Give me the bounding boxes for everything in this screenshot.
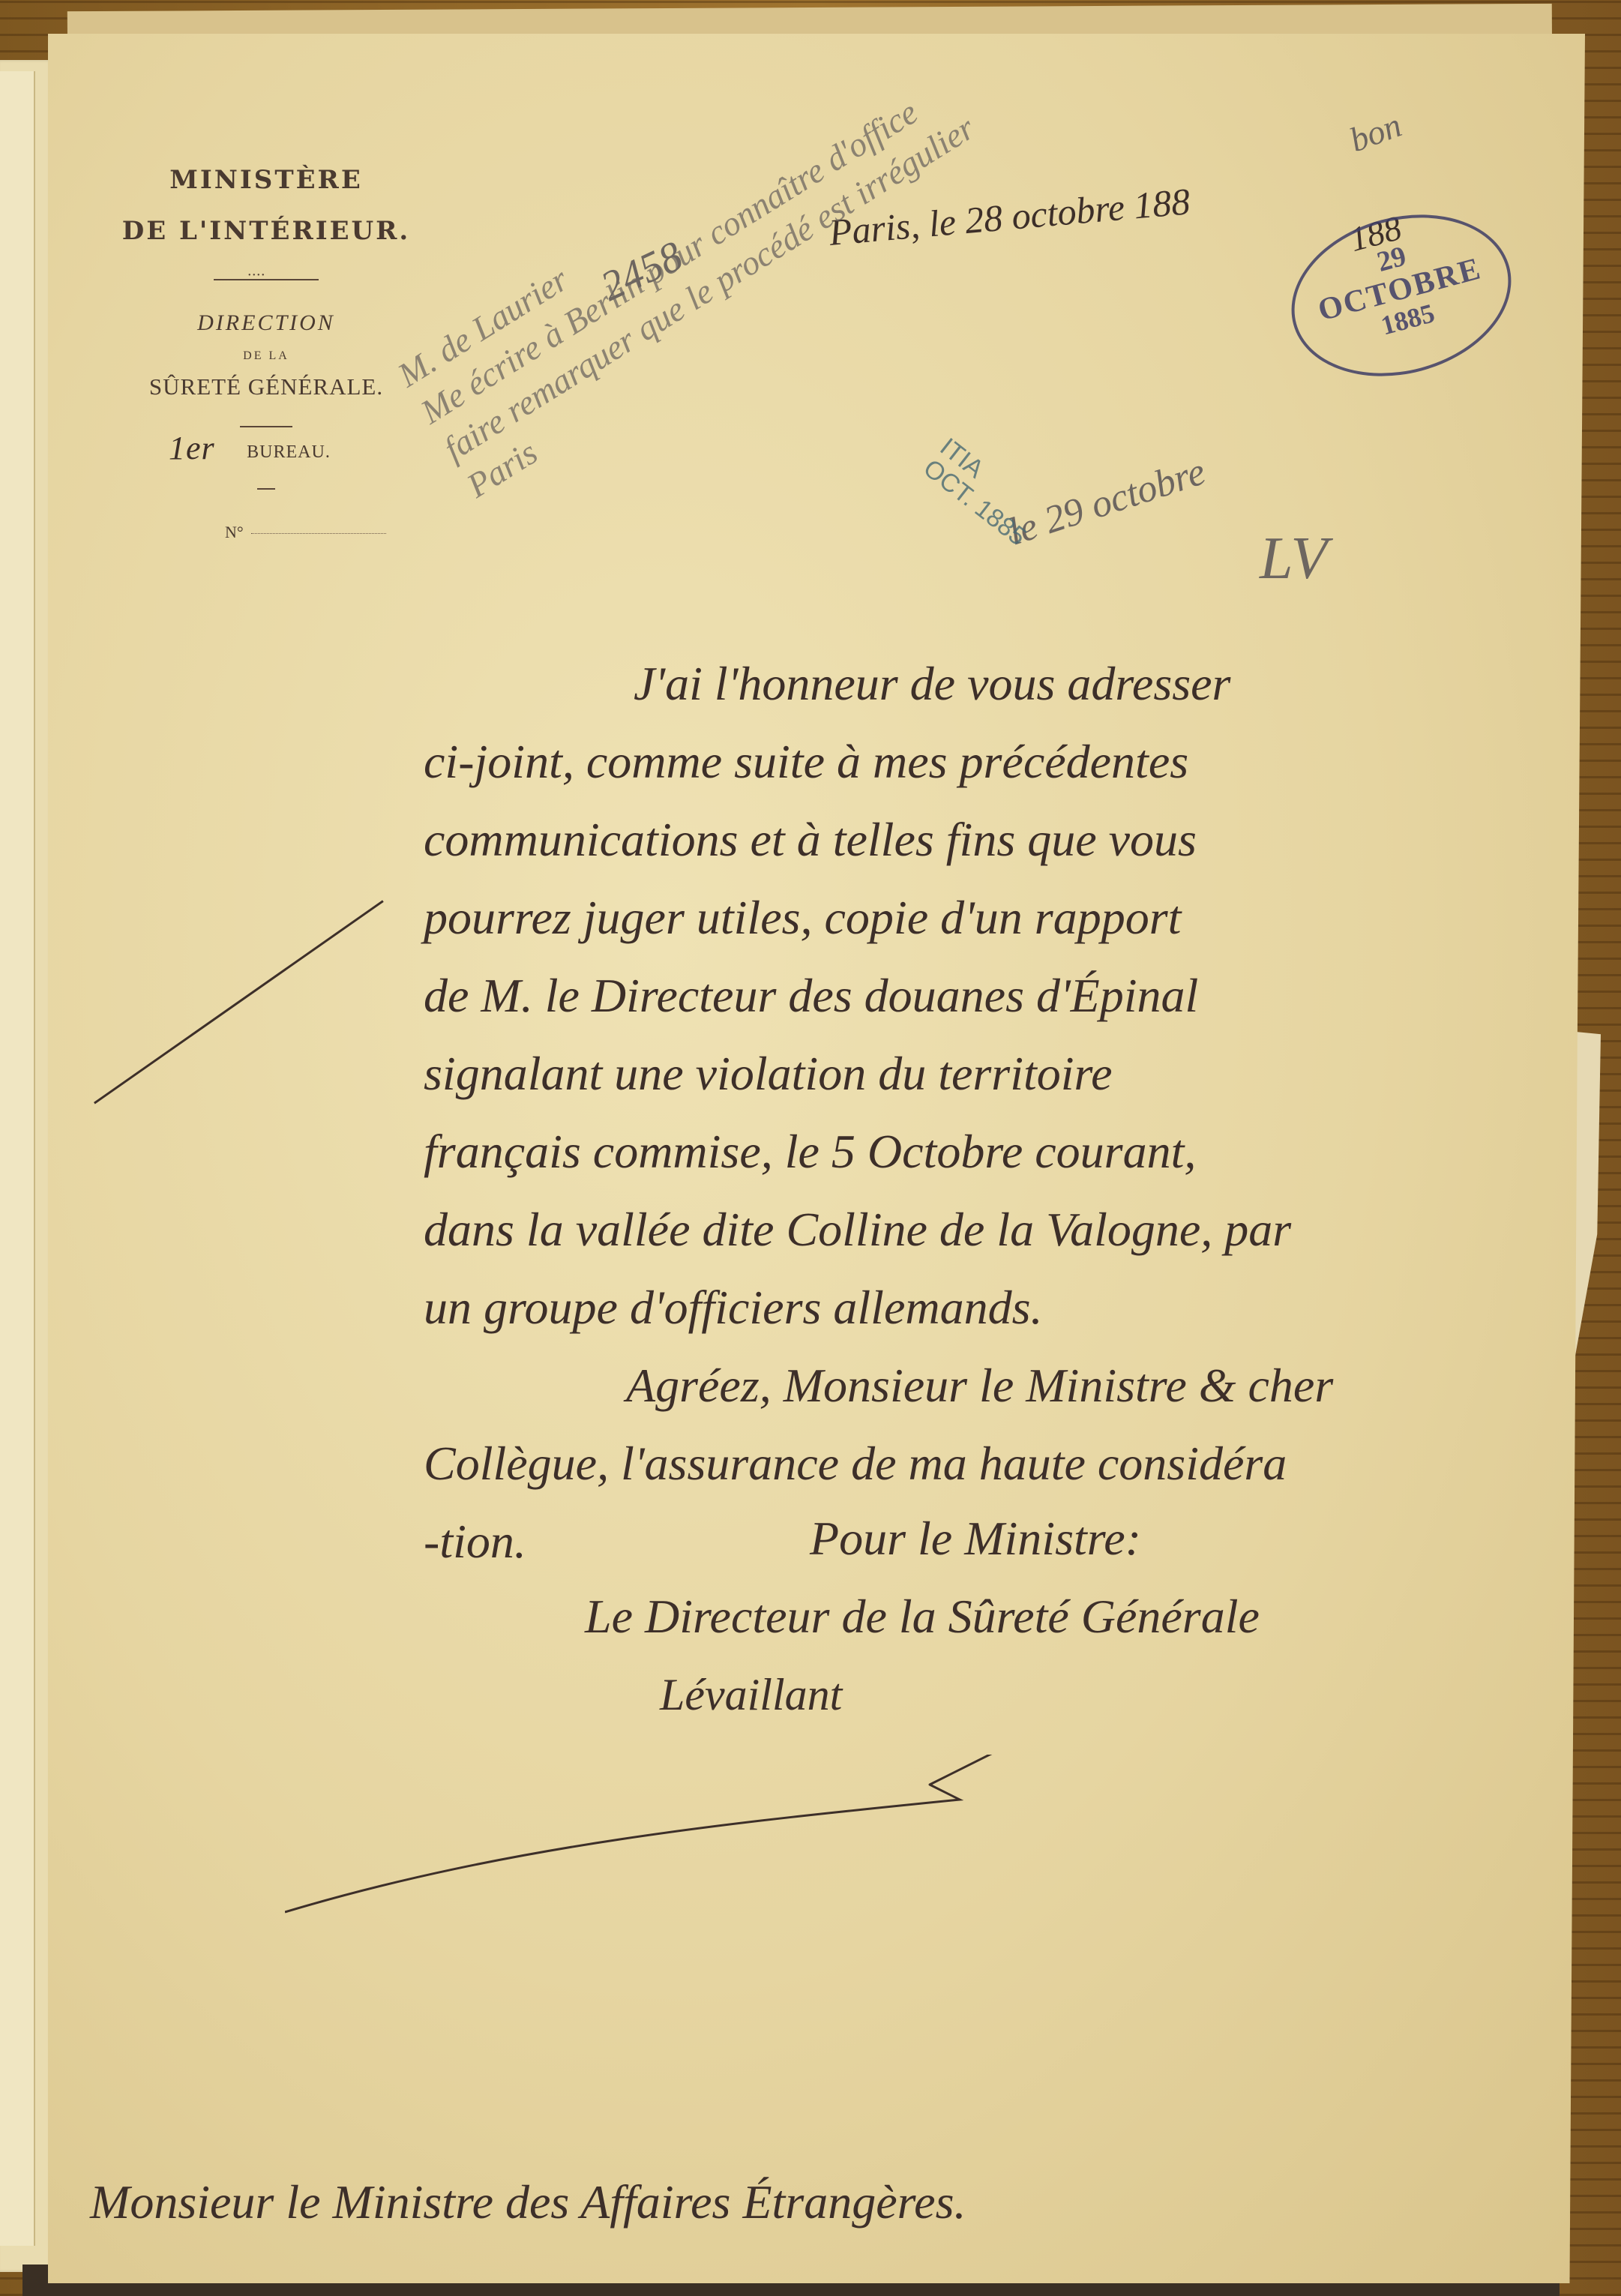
closing-line: Collègue, l'assurance de ma haute consid… (424, 1425, 1563, 1503)
letterhead-interieur: DE L'INTÉRIEUR. (90, 216, 442, 246)
letterhead-ministere: MINISTÈRE (90, 165, 442, 195)
signature-flourish (285, 1755, 1110, 1920)
body-line: ci-joint, comme suite à mes précédentes (424, 723, 1563, 801)
letterhead-direction: DIRECTION (90, 310, 442, 336)
body-line: français commise, le 5 Octobre courant, (424, 1113, 1563, 1191)
letterhead-de-la: DE LA (90, 349, 442, 363)
bureau-row: 1er BUREAU. (90, 442, 442, 463)
letterhead: MINISTÈRE DE L'INTÉRIEUR. DIRECTION DE L… (90, 165, 442, 542)
body-line: dans la vallée dite Colline de la Valogn… (424, 1191, 1563, 1269)
bureau-number: 1er (169, 429, 215, 467)
signature-name: Lévaillant (585, 1656, 1260, 1734)
body-line: un groupe d'officiers allemands. (424, 1269, 1563, 1347)
number-label: N° (225, 523, 244, 541)
separator-dash (257, 488, 275, 490)
signature-pour-le-ministre: Pour le Ministre: (585, 1500, 1260, 1578)
body-line: de M. le Directeur des douanes d'Épinal (424, 957, 1563, 1035)
body-line: pourrez juger utiles, copie d'un rapport (424, 879, 1563, 957)
ornament-rule (214, 279, 319, 280)
letterhead-surete-generale: SÛRETÉ GÉNÉRALE. (90, 373, 442, 400)
signature-title: Le Directeur de la Sûreté Générale (585, 1578, 1260, 1656)
letter-body: J'ai l'honneur de vous adresser ci-joint… (424, 645, 1563, 1581)
number-blank-line (251, 533, 386, 534)
addressee: Monsieur le Ministre des Affaires Étrang… (90, 2175, 966, 2230)
body-line: communications et à telles fins que vous (424, 801, 1563, 879)
number-field: N° (90, 523, 442, 542)
body-line: J'ai l'honneur de vous adresser (424, 645, 1563, 723)
annotation-initials: LV (1260, 525, 1327, 593)
body-line: signalant une violation du territoire (424, 1035, 1563, 1113)
closing-line: Agréez, Monsieur le Ministre & cher (424, 1347, 1563, 1425)
bureau-label: BUREAU. (202, 442, 331, 462)
signature-block: Pour le Ministre: Le Directeur de la Sûr… (585, 1500, 1260, 1734)
underlying-sheet-left-inner (0, 71, 35, 2246)
separator-rule (240, 426, 292, 427)
